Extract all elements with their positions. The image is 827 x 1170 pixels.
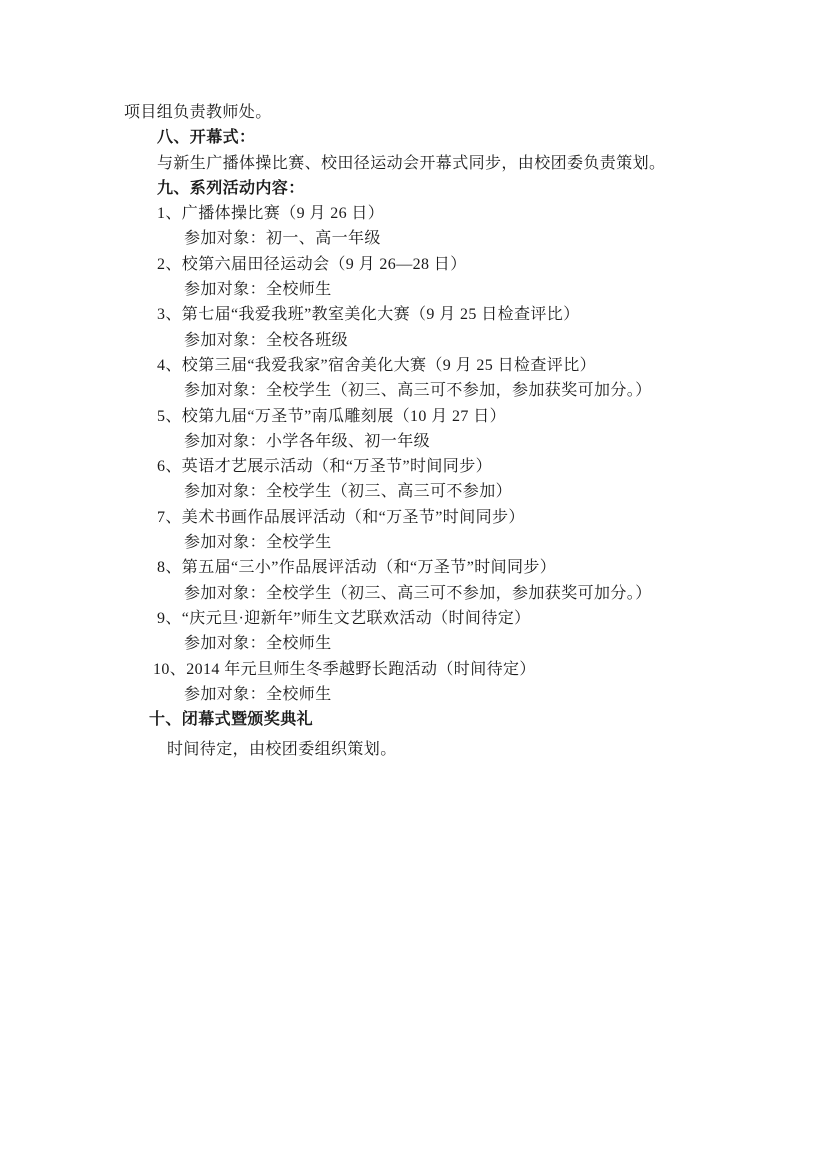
- list-item-10: 10、2014 年元旦师生冬季越野长跑活动（时间待定）: [124, 657, 797, 682]
- list-item-7: 7、美术书画作品展评活动（和“万圣节”时间同步）: [124, 505, 797, 530]
- paragraph-closing-detail: 时间待定，由校团委组织策划。: [124, 737, 797, 762]
- participants-line-5: 参加对象：小学各年级、初一年级: [124, 429, 797, 454]
- participants-line-6: 参加对象：全校学生（初三、高三可不参加）: [124, 479, 797, 504]
- list-item-8: 8、第五届“三小”作品展评活动（和“万圣节”时间同步）: [124, 555, 797, 580]
- participants-line-4: 参加对象：全校学生（初三、高三可不参加，参加获奖可加分。）: [124, 378, 797, 403]
- list-item-4: 4、校第三届“我爱我家”宿舍美化大赛（9 月 25 日检查评比）: [124, 353, 797, 378]
- participants-line-3: 参加对象：全校各班级: [124, 328, 797, 353]
- section-heading-activities: 九、系列活动内容：: [124, 176, 797, 201]
- participants-line-7: 参加对象：全校学生: [124, 530, 797, 555]
- list-item-3: 3、第七届“我爱我班”教室美化大赛（9 月 25 日检查评比）: [124, 302, 797, 327]
- paragraph-opening-detail: 与新生广播体操比赛、校田径运动会开幕式同步，由校团委负责策划。: [124, 151, 797, 176]
- participants-line-9: 参加对象：全校师生: [124, 631, 797, 656]
- list-item-1: 1、广播体操比赛（9 月 26 日）: [124, 201, 797, 226]
- paragraph-continuation: 项目组负责教师处。: [124, 100, 797, 125]
- section-heading-opening: 八、开幕式：: [124, 125, 797, 150]
- participants-line-2: 参加对象：全校师生: [124, 277, 797, 302]
- list-item-5: 5、校第九届“万圣节”南瓜雕刻展（10 月 27 日）: [124, 404, 797, 429]
- list-item-9: 9、“庆元旦·迎新年”师生文艺联欢活动（时间待定）: [124, 606, 797, 631]
- participants-line-8: 参加对象：全校学生（初三、高三可不参加，参加获奖可加分。）: [124, 581, 797, 606]
- participants-line-1: 参加对象：初一、高一年级: [124, 226, 797, 251]
- list-item-6: 6、英语才艺展示活动（和“万圣节”时间同步）: [124, 454, 797, 479]
- list-item-2: 2、校第六届田径运动会（9 月 26—28 日）: [124, 252, 797, 277]
- section-heading-closing: 十、闭幕式暨颁奖典礼: [124, 707, 797, 732]
- document-page: 项目组负责教师处。 八、开幕式： 与新生广播体操比赛、校田径运动会开幕式同步，由…: [0, 0, 827, 1170]
- participants-line-10: 参加对象：全校师生: [124, 682, 797, 707]
